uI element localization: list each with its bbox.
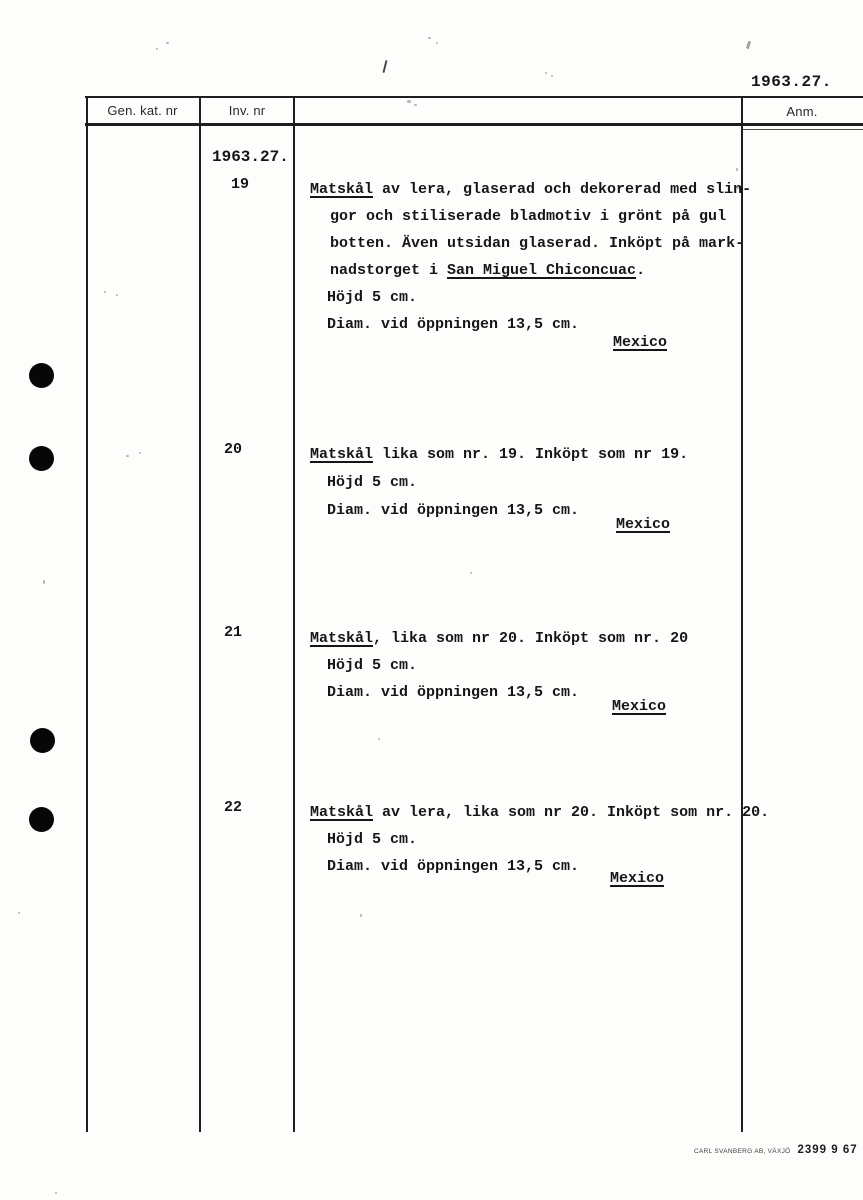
entry-22-height: Höjd 5 cm. bbox=[310, 826, 769, 853]
scan-speck bbox=[378, 738, 380, 740]
entry-19-line4: nadstorget i San Miguel Chiconcuac. bbox=[310, 257, 751, 284]
scan-speck bbox=[737, 186, 739, 189]
scan-speck bbox=[407, 100, 411, 103]
scan-speck bbox=[360, 914, 362, 917]
column-line-left bbox=[86, 96, 88, 1132]
entry-19-lead: Matskål bbox=[310, 181, 373, 198]
scan-speck bbox=[470, 572, 472, 574]
scan-speck bbox=[139, 452, 141, 454]
hole-punch-4 bbox=[29, 807, 54, 832]
column-header-anm: Anm. bbox=[743, 104, 861, 119]
inv-nr-22: 22 bbox=[224, 799, 242, 816]
printer-name: CARL SVANBERG AB, VÄXJÖ bbox=[694, 1148, 790, 1155]
header-separator-line-2 bbox=[742, 129, 863, 130]
entry-22-lead: Matskål bbox=[310, 804, 373, 821]
scan-speck bbox=[736, 168, 738, 171]
entry-20-country: Mexico bbox=[616, 516, 670, 533]
column-header-inv-nr: Inv. nr bbox=[201, 103, 293, 118]
entry-21-country: Mexico bbox=[612, 698, 666, 715]
scan-speck bbox=[156, 48, 158, 50]
scan-speck bbox=[428, 37, 431, 39]
entry-19-line1: Matskål av lera, glaserad och dekorerad … bbox=[310, 176, 751, 203]
scan-speck bbox=[436, 42, 438, 44]
scan-speck bbox=[55, 1192, 57, 1194]
inv-nr-19: 19 bbox=[231, 176, 249, 193]
entry-19-country: Mexico bbox=[613, 334, 667, 351]
catalog-page: 1963.27. Gen. kat. nr Inv. nr Anm. 1963.… bbox=[0, 0, 863, 1200]
scan-slash-mark bbox=[382, 60, 387, 73]
scan-speck bbox=[414, 104, 417, 106]
entry-22-diameter: Diam. vid öppningen 13,5 cm. bbox=[310, 853, 769, 880]
entry-20: Matskål lika som nr. 19. Inköpt som nr 1… bbox=[310, 441, 688, 525]
entry-21-height: Höjd 5 cm. bbox=[310, 652, 688, 679]
entry-19-line2: gor och stiliserade bladmotiv i grönt på… bbox=[310, 203, 751, 230]
entry-21-line1: Matskål, lika som nr 20. Inköpt som nr. … bbox=[310, 625, 688, 652]
entry-22: Matskål av lera, lika som nr 20. Inköpt … bbox=[310, 799, 769, 880]
scan-speck bbox=[43, 580, 45, 584]
entry-19-place: San Miguel Chiconcuac bbox=[447, 262, 636, 279]
page-ref-number: 1963.27. bbox=[751, 73, 832, 91]
entry-22-country: Mexico bbox=[610, 870, 664, 887]
hole-punch-3 bbox=[30, 728, 55, 753]
scan-speck bbox=[166, 42, 169, 44]
scan-speck bbox=[116, 294, 118, 296]
entry-22-line1: Matskål av lera, lika som nr 20. Inköpt … bbox=[310, 799, 769, 826]
entry-21: Matskål, lika som nr 20. Inköpt som nr. … bbox=[310, 625, 688, 706]
column-header-gen-kat-nr: Gen. kat. nr bbox=[86, 103, 199, 118]
inv-nr-20: 20 bbox=[224, 441, 242, 458]
entry-19: Matskål av lera, glaserad och dekorerad … bbox=[310, 176, 751, 338]
hole-punch-1 bbox=[29, 363, 54, 388]
scan-speck bbox=[551, 75, 553, 77]
inv-nr-21: 21 bbox=[224, 624, 242, 641]
entry-21-lead: Matskål bbox=[310, 630, 373, 647]
entry-20-height: Höjd 5 cm. bbox=[310, 469, 688, 497]
printer-code: 2399 9 67 bbox=[797, 1144, 857, 1156]
printer-footer: CARL SVANBERG AB, VÄXJÖ 2399 9 67 bbox=[694, 1144, 858, 1156]
year-accession-label: 1963.27. bbox=[212, 148, 289, 166]
table-top-border bbox=[85, 96, 863, 98]
entry-19-diameter: Diam. vid öppningen 13,5 cm. bbox=[310, 311, 751, 338]
scan-speck bbox=[104, 291, 106, 293]
scan-speck bbox=[18, 912, 20, 914]
scan-speck bbox=[126, 455, 129, 457]
hole-punch-2 bbox=[29, 446, 54, 471]
scan-speck bbox=[545, 72, 547, 74]
scan-tick-mark bbox=[746, 41, 751, 50]
entry-20-line1: Matskål lika som nr. 19. Inköpt som nr 1… bbox=[310, 441, 688, 469]
entry-19-line3: botten. Även utsidan glaserad. Inköpt på… bbox=[310, 230, 751, 257]
entry-20-lead: Matskål bbox=[310, 446, 373, 463]
header-separator-line bbox=[85, 123, 863, 126]
column-line-genkat-inv bbox=[199, 96, 201, 1132]
column-line-inv-main bbox=[293, 96, 295, 1132]
entry-19-height: Höjd 5 cm. bbox=[310, 284, 751, 311]
